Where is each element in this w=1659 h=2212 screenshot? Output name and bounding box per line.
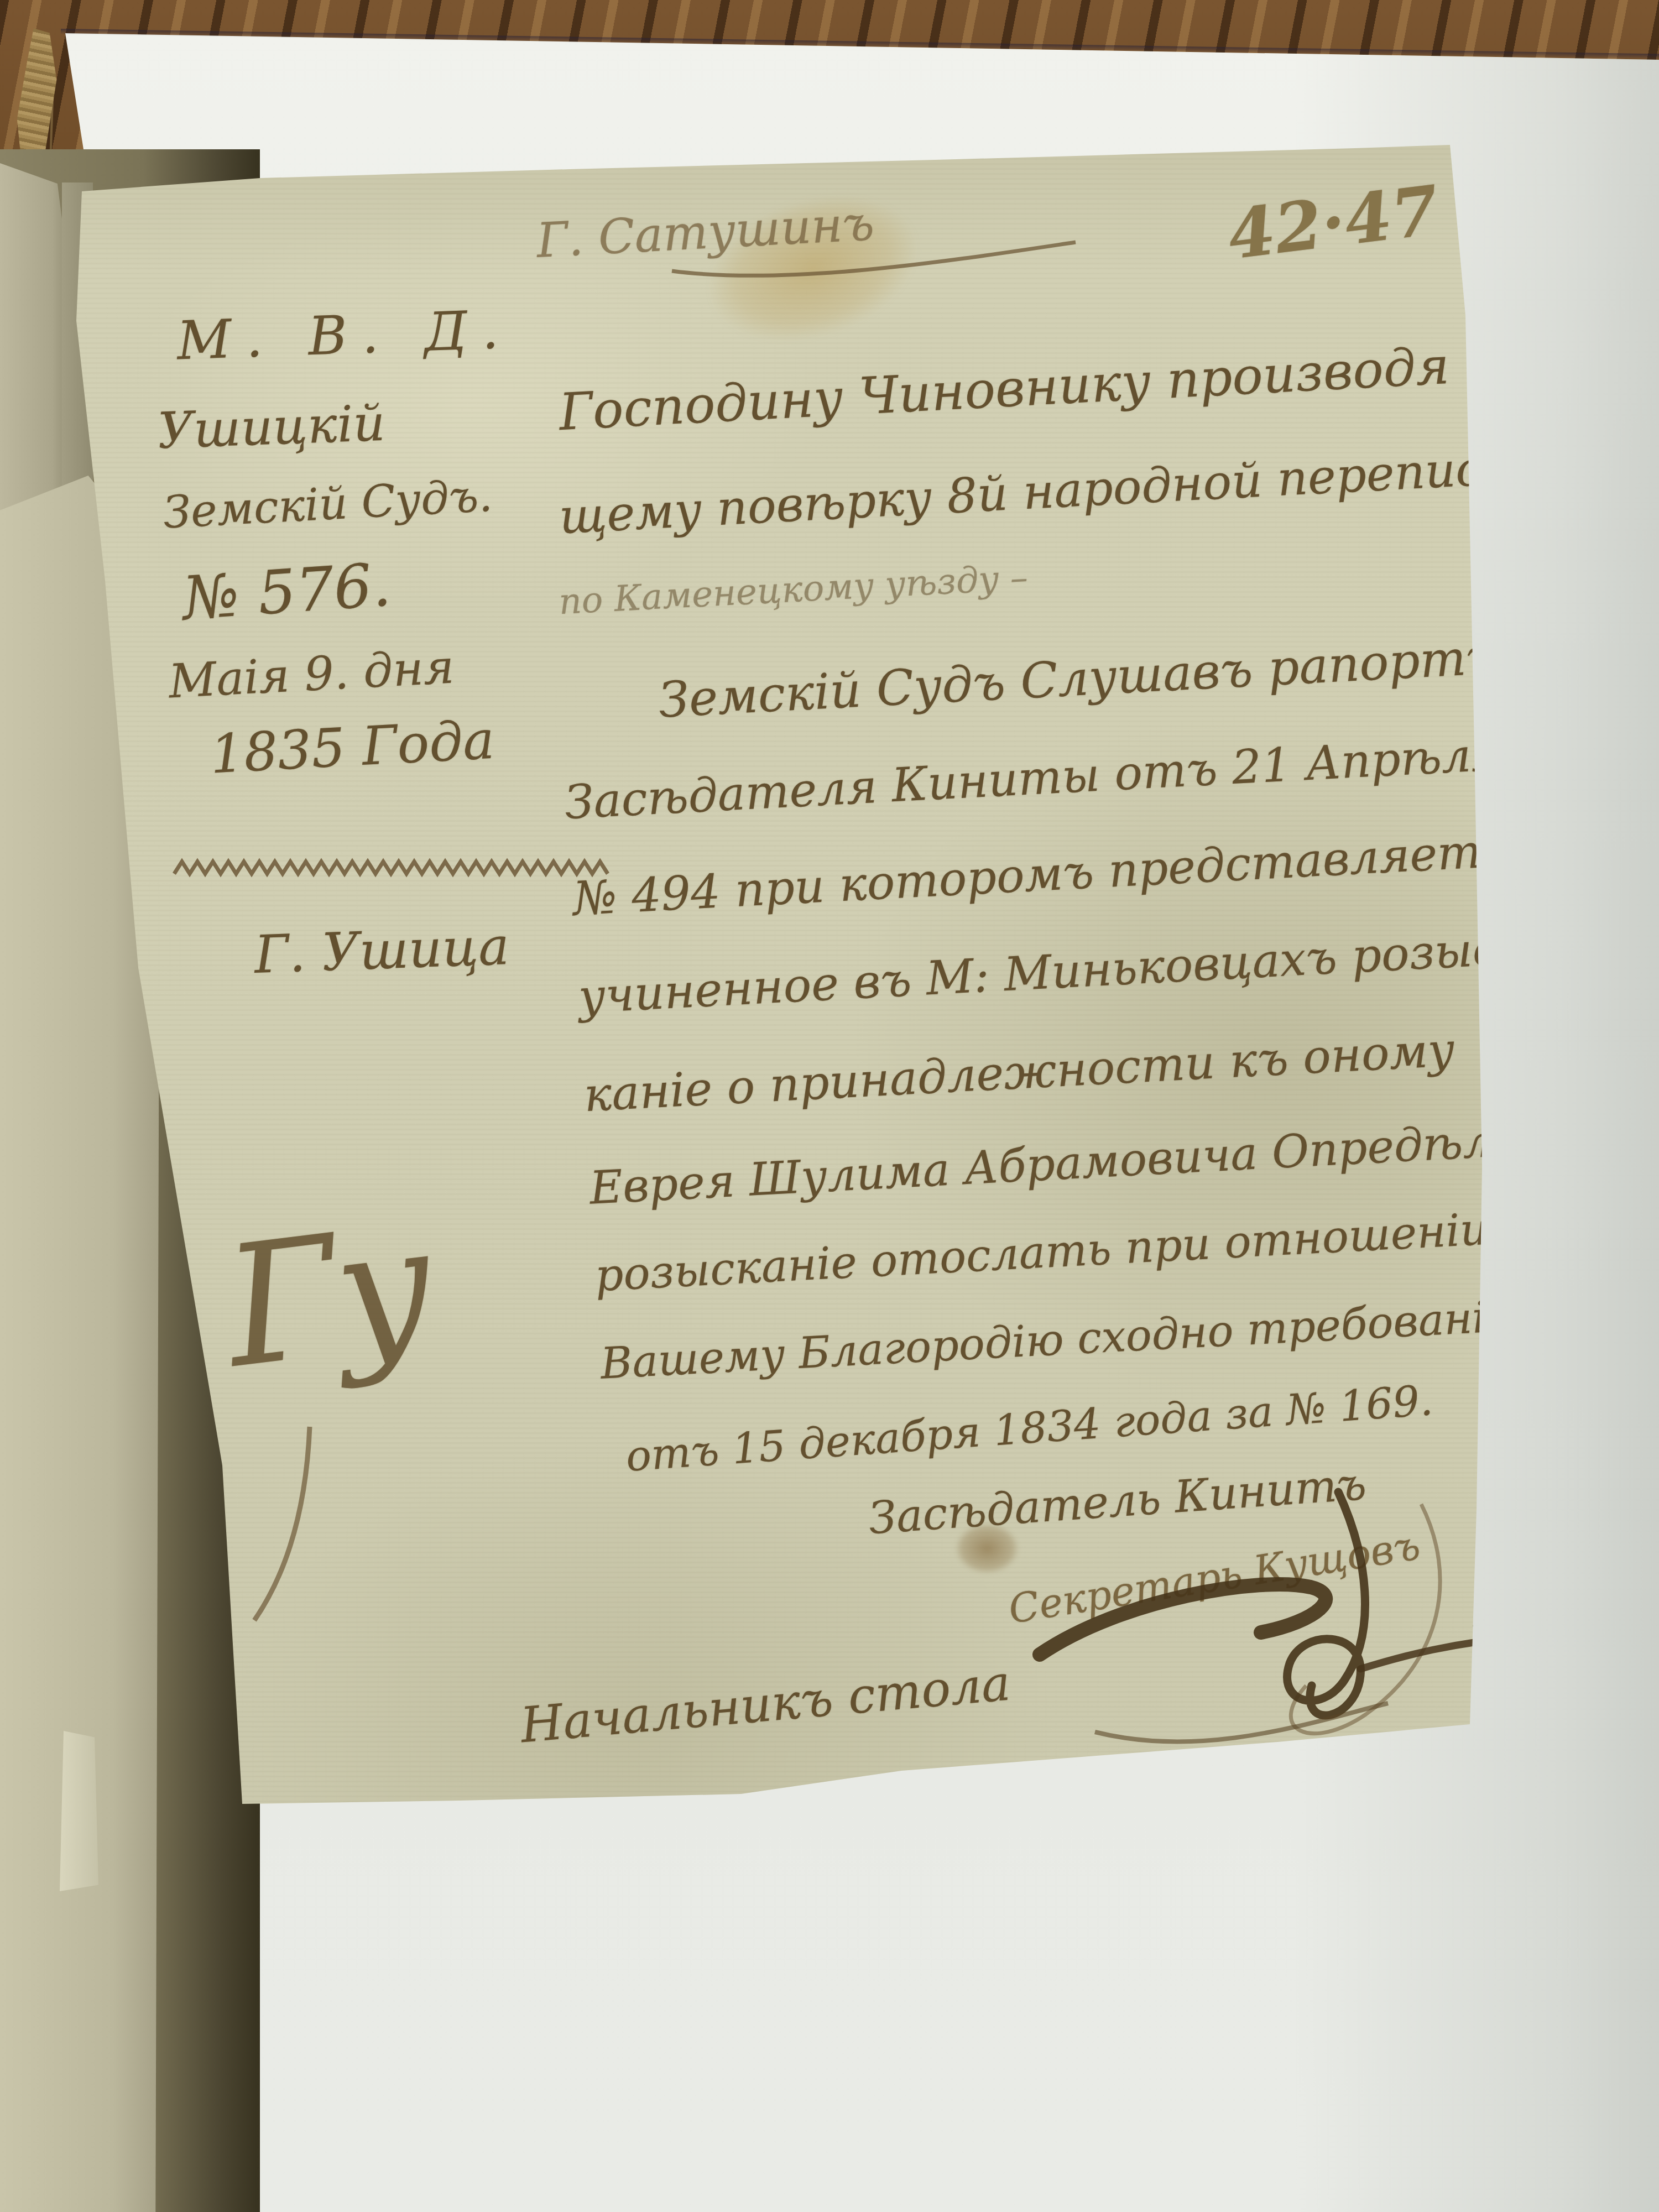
margin-date-line2: 1835 Года [208, 709, 495, 786]
letter-sheet: Г. Сатушинъ 42·47 М. В. Д. Ушицкій Земск… [72, 138, 1488, 1814]
page-edge-fragment [60, 1731, 98, 1891]
folio-number: 42·47 [1224, 170, 1443, 274]
body-line: учиненное въ М: Миньковцахъ розыс [577, 921, 1500, 1024]
desk-chief-line: Начальникъ стола [518, 1654, 1013, 1754]
secretary-signature-line: Секретарь Кущовъ [1005, 1522, 1423, 1633]
margin-number: № 576. [180, 550, 393, 634]
margin-court-line1: Ушицкій [156, 394, 386, 460]
ink-stain [648, 137, 978, 400]
margin-date-line1: Маія 9. дня [168, 640, 456, 709]
body-line: № 494 при которомъ представляетъ [572, 823, 1514, 926]
body-line: щему повѣрку 8й народной переписи [558, 440, 1515, 545]
body-line: по Каменецкому уѣзду – [558, 557, 1029, 623]
body-line: Еврея Шулима Абрамовича Опредѣлили [588, 1110, 1580, 1215]
body-line: Вашему Благородію сходно требованію [599, 1291, 1525, 1389]
margin-ministry: М. В. Д. [176, 298, 514, 372]
body-line: каніе о принадлежности къ оному [583, 1022, 1456, 1122]
margin-court-line2: Земскій Судъ. [162, 469, 494, 538]
pen-test-tail [254, 1427, 310, 1620]
archival-photo: Г. Сатушинъ 42·47 М. В. Д. Ушицкій Земск… [0, 0, 1659, 2212]
body-line: розысканіе отослать при отношеніи [594, 1203, 1490, 1302]
assessor-signature-line: Засѣдатель Кинитъ [867, 1458, 1368, 1545]
ink-signature [1287, 1492, 1365, 1715]
ink-signature [1360, 1620, 1488, 1669]
body-line: Засѣдателя Киниты отъ 21 Апрѣля [564, 727, 1503, 830]
squiggle-divider [174, 862, 608, 874]
margin-place: Г. Ушица [253, 916, 510, 985]
body-line: Земскій Судъ Слушавъ рапортъ [657, 628, 1500, 728]
pen-test-mark: Гу [216, 1188, 444, 1405]
